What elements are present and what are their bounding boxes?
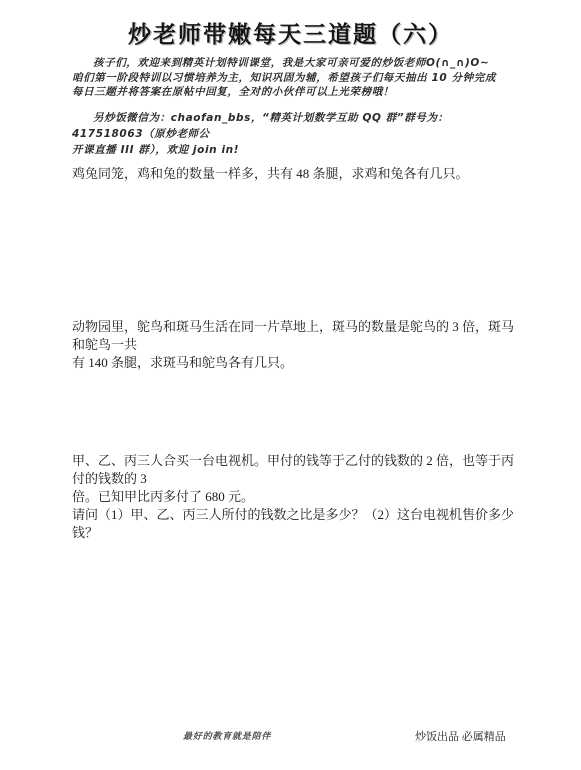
- problem-1-text: 鸡兔同笼，鸡和兔的数量一样多，共有 48 条腿，求鸡和兔各有几只。: [72, 165, 514, 183]
- problem-2: 动物园里，鸵鸟和斑马生活在同一片草地上，斑马的数量是鸵鸟的 3 倍，斑马和鸵鸟一…: [72, 318, 514, 372]
- worksheet-page: 炒老师带嫩每天三道题（六） 孩子们，欢迎来到精英计划特训课堂，我是大家可亲可爱的…: [0, 0, 581, 770]
- page-title: 炒老师带嫩每天三道题（六）: [0, 16, 581, 49]
- intro-line: 每日三题并将答案在原帖中回复，全对的小伙伴可以上光荣榜哦！: [72, 85, 514, 100]
- intro-line: 孩子们，欢迎来到精英计划特训课堂，我是大家可亲可爱的炒饭老师O(∩_∩)O~: [72, 56, 514, 71]
- intro-line: 咱们第一阶段特训以习惯培养为主，知识巩固为辅，希望孩子们每天抽出 10 分钟完成: [72, 71, 514, 86]
- problem-3: 甲、乙、丙三人合买一台电视机。甲付的钱等于乙付的钱数的 2 倍，也等于丙付的钱数…: [72, 452, 514, 542]
- problem-3-text-line: 倍。已知甲比丙多付了 680 元。: [72, 488, 514, 506]
- problem-1: 鸡兔同笼，鸡和兔的数量一样多，共有 48 条腿，求鸡和兔各有几只。: [72, 165, 514, 183]
- problem-3-text-line: 甲、乙、丙三人合买一台电视机。甲付的钱等于乙付的钱数的 2 倍，也等于丙付的钱数…: [72, 452, 514, 488]
- problem-3-text-line: 请问（1）甲、乙、丙三人所付的钱数之比是多少？（2）这台电视机售价多少钱？: [72, 506, 514, 542]
- footer-motto: 最好的教育就是陪伴: [183, 729, 271, 742]
- intro-paragraph: 孩子们，欢迎来到精英计划特训课堂，我是大家可亲可爱的炒饭老师O(∩_∩)O~ 咱…: [72, 56, 514, 100]
- problem-2-text-line: 有 140 条腿，求斑马和鸵鸟各有几只。: [72, 354, 514, 372]
- contact-line: 开课直播 III 群），欢迎 join in!: [72, 142, 514, 158]
- contact-line: 另炒饭微信为：chaofan_bbs，“精英计划数学互助 QQ 群”群号为：41…: [72, 110, 514, 142]
- problem-2-text-line: 动物园里，鸵鸟和斑马生活在同一片草地上，斑马的数量是鸵鸟的 3 倍，斑马和鸵鸟一…: [72, 318, 514, 354]
- contact-paragraph: 另炒饭微信为：chaofan_bbs，“精英计划数学互助 QQ 群”群号为：41…: [72, 110, 514, 158]
- footer-brand: 炒饭出品 必属精品: [415, 728, 506, 744]
